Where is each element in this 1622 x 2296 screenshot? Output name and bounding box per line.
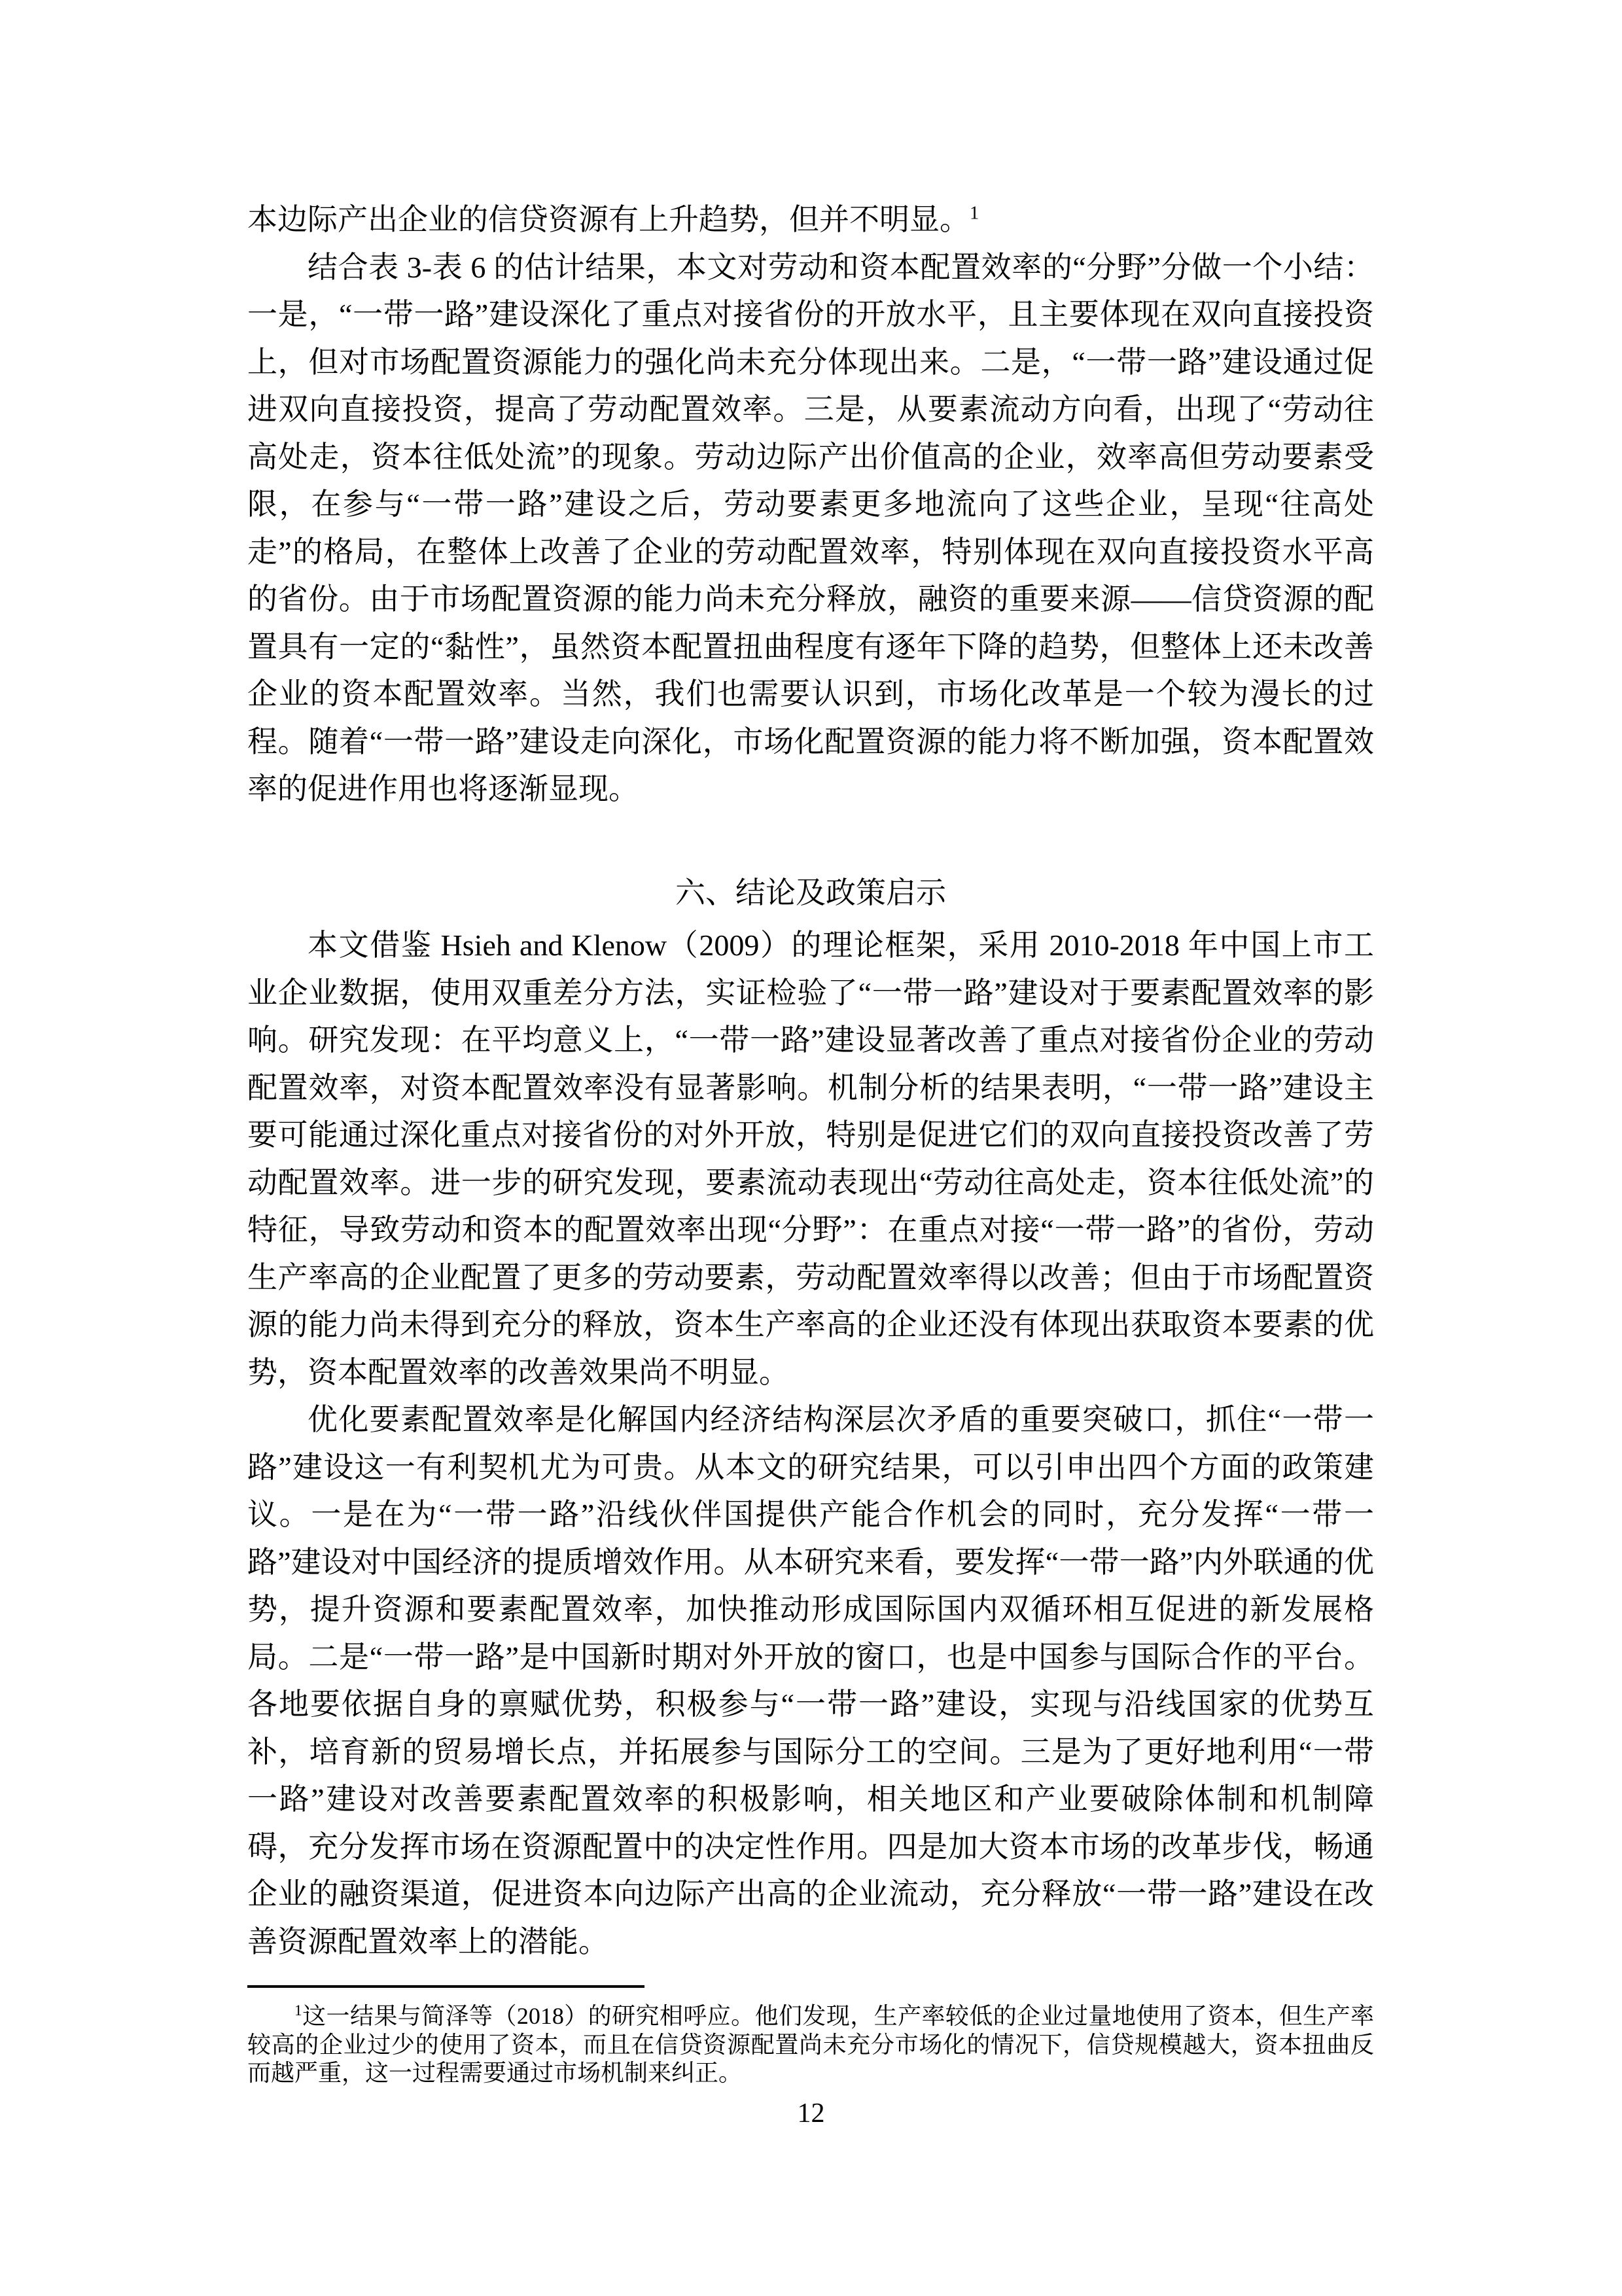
paragraph-continuation: 本边际产出企业的信贷资源有上升趋势，但并不明显。1 — [247, 196, 1374, 244]
paragraph-conclusion: 本文借鉴 Hsieh and Klenow（2009）的理论框架，采用 2010… — [247, 922, 1374, 1396]
footnote-text: 这一结果与简泽等（2018）的研究相呼应。他们发现，生产率较低的企业过量地使用了… — [247, 2003, 1374, 2086]
section-heading: 六、结论及政策启示 — [247, 870, 1374, 917]
footnote: 1这一结果与简泽等（2018）的研究相呼应。他们发现，生产率较低的企业过量地使用… — [247, 2002, 1374, 2088]
paragraph-continuation-text: 本边际产出企业的信贷资源有上升趋势，但并不明显。 — [247, 203, 970, 236]
document-page: 本边际产出企业的信贷资源有上升趋势，但并不明显。1 结合表 3-表 6 的估计结… — [0, 0, 1622, 2296]
footnote-number: 1 — [294, 2002, 302, 2019]
footnote-area: 1这一结果与简泽等（2018）的研究相呼应。他们发现，生产率较低的企业过量地使用… — [247, 1985, 1374, 2088]
footnote-ref-marker: 1 — [970, 203, 979, 224]
page-number: 12 — [0, 2098, 1622, 2129]
paragraph-summary: 结合表 3-表 6 的估计结果，本文对劳动和资本配置效率的“分野”分做一个小结：… — [247, 244, 1374, 813]
footnote-separator-line — [247, 1985, 644, 1988]
body-text: 本边际产出企业的信贷资源有上升趋势，但并不明显。1 结合表 3-表 6 的估计结… — [247, 196, 1374, 1966]
paragraph-policy-implications: 优化要素配置效率是化解国内经济结构深层次矛盾的重要突破口，抓住“一带一路”建设这… — [247, 1396, 1374, 1966]
